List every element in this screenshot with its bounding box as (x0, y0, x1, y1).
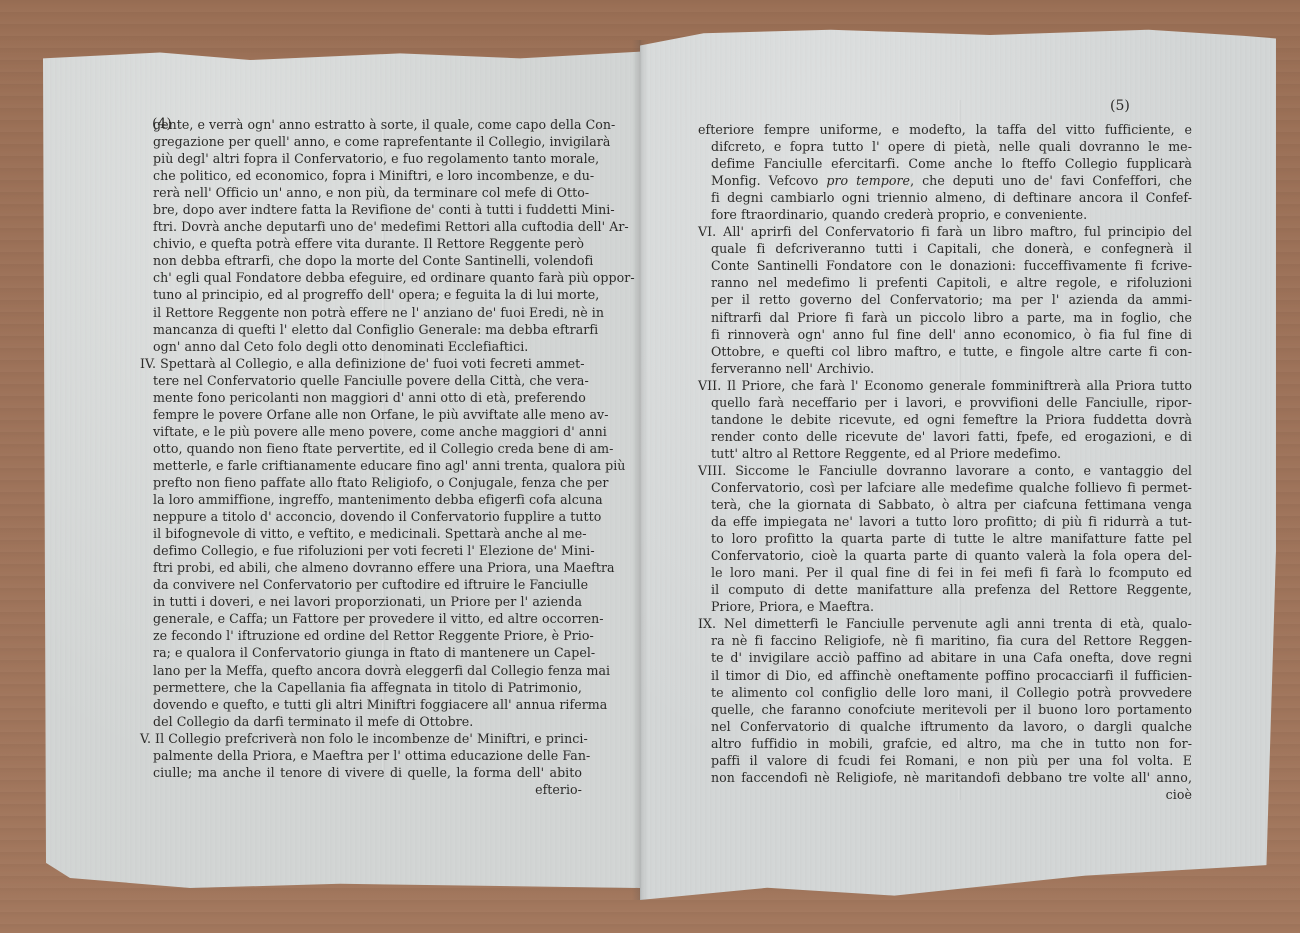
text-line: gregazione per quell' anno, e come rapre… (140, 133, 582, 150)
text-line: IV. Spettarà al Collegio, e alla definiz… (140, 355, 582, 372)
page-number-right: (5) (1110, 98, 1130, 114)
text-line: Priore, Priora, e Maeftra. (698, 598, 1192, 615)
text-line: viftate, e le più povere alle meno pover… (140, 423, 582, 440)
text-line: te d' invigilare acciò paffino ad abitar… (698, 649, 1192, 666)
text-line: altro fuffidio in mobili, grafcie, ed al… (698, 735, 1192, 752)
left-page-body-text: gente, e verrà ogn' anno estratto à sort… (140, 116, 582, 798)
text-line: Confervatorio, così per lafciare alle me… (698, 479, 1192, 496)
text-line: tere nel Confervatorio quelle Fanciulle … (140, 372, 582, 389)
text-line: la loro ammiffione, ingreffo, mantenimen… (140, 491, 582, 508)
text-line: Monfig. Vefcovo pro tempore, che deputi … (698, 172, 1192, 189)
text-line: fempre le povere Orfane alle non Orfane,… (140, 406, 582, 423)
text-line: VI. All' aprirfi del Confervatorio fi fa… (698, 223, 1192, 240)
text-line: quello farà neceffario per i lavori, e p… (698, 394, 1192, 411)
text-line: difcreto, e fopra tutto l' opere di piet… (698, 138, 1192, 155)
text-line: più degl' altri fopra il Confervatorio, … (140, 150, 582, 167)
text-line: tuno al principio, ed al progreffo dell'… (140, 286, 582, 303)
text-line: dovendo e quefto, e tutti gli altri Mini… (140, 696, 582, 713)
text-line: ciulle; ma anche il tenore di vivere di … (140, 764, 582, 781)
text-line: le loro mani. Per il qual fine di fei in… (698, 564, 1192, 581)
text-line: Confervatorio, cioè la quarta parte di q… (698, 547, 1192, 564)
text-line: ranno nel medefimo li prefenti Capitoli,… (698, 274, 1192, 291)
text-line: permettere, che la Capellania fia affegn… (140, 679, 582, 696)
text-line: quale fi defcriveranno tutti i Capitali,… (698, 240, 1192, 257)
text-line: metterle, e farle criftianamente educare… (140, 457, 582, 474)
text-line: defimo Collegio, e fue rifoluzioni per v… (140, 542, 582, 559)
text-line: prefto non fieno paffate allo ftato Reli… (140, 474, 582, 491)
text-line: mancanza di quefti l' eletto dal Configl… (140, 321, 582, 338)
text-line: tutt' altro al Rettore Reggente, ed al P… (698, 445, 1192, 462)
text-line: to loro profitto la quarta parte di tutt… (698, 530, 1192, 547)
text-line: il timor di Dio, ed affinchè oneftamente… (698, 667, 1192, 684)
text-line: defime Fanciulle efercitarfi. Come anche… (698, 155, 1192, 172)
text-line: non faccendofi nè Religiofe, nè maritand… (698, 769, 1192, 786)
text-line: ze fecondo l' iftruzione ed ordine del R… (140, 627, 582, 644)
text-line: non debba eftrarfi, che dopo la morte de… (140, 252, 582, 269)
text-line: terà, che la giornata di Sabbato, ò altr… (698, 496, 1192, 513)
text-line: Ottobre, e quefti col libro maftro, e tu… (698, 343, 1192, 360)
text-line: ogn' anno dal Ceto folo degli otto denom… (140, 338, 582, 355)
text-line: generale, e Caffa; un Fattore per proved… (140, 610, 582, 627)
text-line: bre, dopo aver indtere fatta la Revifion… (140, 201, 582, 218)
text-line: VIII. Siccome le Fanciulle dovranno lavo… (698, 462, 1192, 479)
text-line: ra; e qualora il Confervatorio giunga in… (140, 644, 582, 661)
text-line: ftri. Dovrà anche deputarfi uno de' mede… (140, 218, 582, 235)
text-line: efteriore fempre uniforme, e modefto, la… (698, 121, 1192, 138)
text-line: il Rettore Reggente non potrà effere ne … (140, 304, 582, 321)
right-page-body-text: efteriore fempre uniforme, e modefto, la… (698, 121, 1192, 803)
text-line: neppure a titolo d' acconcio, dovendo il… (140, 508, 582, 525)
text-line: chivio, e quefta potrà effere vita duran… (140, 235, 582, 252)
text-line: ferveranno nell' Archivio. (698, 360, 1192, 377)
text-line: ch' egli qual Fondatore debba efeguire, … (140, 269, 582, 286)
text-line: da effe impiegata ne' lavori a tutto lor… (698, 513, 1192, 530)
catchword: cioè (698, 786, 1192, 803)
text-line: VII. Il Priore, che farà l' Economo gene… (698, 377, 1192, 394)
text-line: tandone le debite ricevute, ed ogni feme… (698, 411, 1192, 428)
text-line: mente fono pericolanti non maggiori d' a… (140, 389, 582, 406)
text-line: il computo di dette manifatture alla pre… (698, 581, 1192, 598)
text-line: V. Il Collegio prefcriverà non folo le i… (140, 730, 582, 747)
text-line: il bifognevole di vitto, e veftito, e me… (140, 525, 582, 542)
text-line: fore ftraordinario, quando crederà propr… (698, 206, 1192, 223)
text-line: per il retto governo del Confervatorio; … (698, 291, 1192, 308)
text-line: palmente della Priora, e Maeftra per l' … (140, 747, 582, 764)
text-line: gente, e verrà ogn' anno estratto à sort… (140, 116, 582, 133)
text-line: IX. Nel dimetterfi le Fanciulle pervenut… (698, 615, 1192, 632)
text-line: nel Confervatorio di qualche iftrumento … (698, 718, 1192, 735)
text-line: render conto delle ricevute de' lavori f… (698, 428, 1192, 445)
text-line: fi degni cambiarlo ogni triennio almeno,… (698, 189, 1192, 206)
text-line: quelle, che faranno conofciute meritevol… (698, 701, 1192, 718)
text-line: ra nè fi faccino Religiofe, nè fi mariti… (698, 632, 1192, 649)
text-line: paffi il valore di fcudi fei Romani, e n… (698, 752, 1192, 769)
text-line: Conte Santinelli Fondatore con le donazi… (698, 257, 1192, 274)
text-line: fi rinnoverà ogn' anno ful fine dell' an… (698, 326, 1192, 343)
text-line: lano per la Meffa, quefto ancora dovrà e… (140, 662, 582, 679)
catchword: efterio- (140, 781, 582, 798)
text-line: del Collegio da darfi terminato il mefe … (140, 713, 582, 730)
text-line: otto, quando non fieno ftate pervertite,… (140, 440, 582, 457)
text-line: ftri probi, ed abili, che almeno dovrann… (140, 559, 582, 576)
text-line: niftrarfi dal Priore fi farà un piccolo … (698, 309, 1192, 326)
text-line: che politico, ed economico, fopra i Mini… (140, 167, 582, 184)
text-line: in tutti i doveri, e nei lavori proporzi… (140, 593, 582, 610)
text-line: te alimento col configlio delle loro man… (698, 684, 1192, 701)
text-line: rerà nell' Officio un' anno, e non più, … (140, 184, 582, 201)
text-line: da convivere nel Confervatorio per cufto… (140, 576, 582, 593)
